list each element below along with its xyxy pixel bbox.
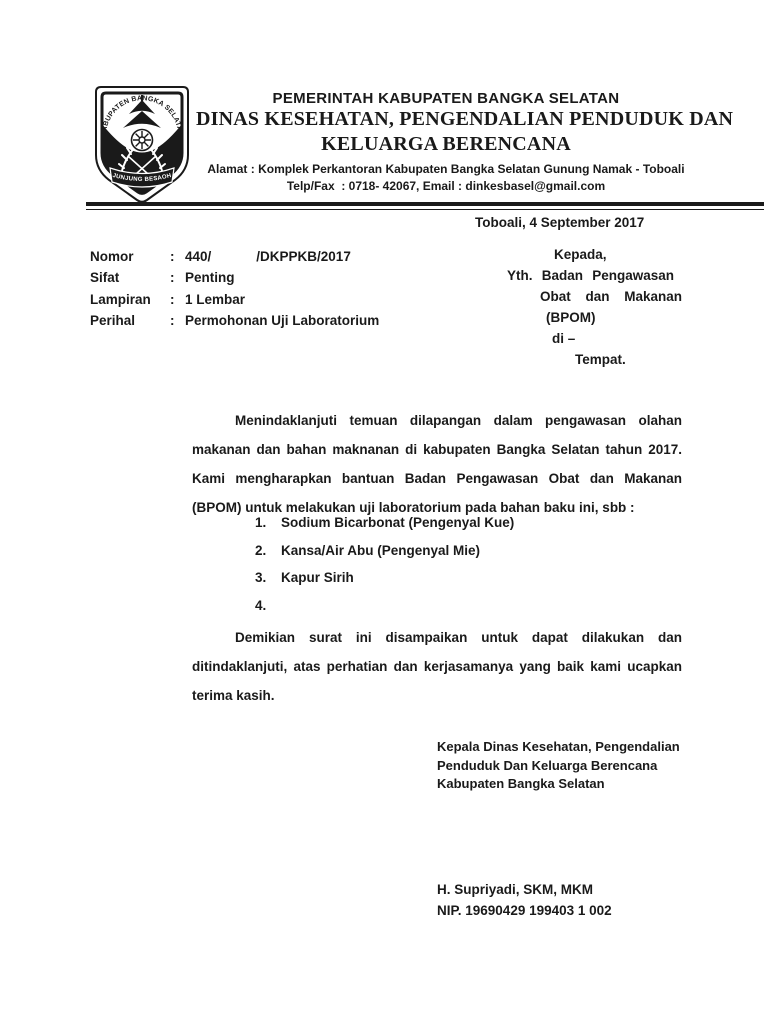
paragraph-line: terima kasih. (192, 681, 682, 710)
contact-line: Telp/Fax : 0718- 42067, Email : dinkesba… (196, 179, 696, 193)
meta-separator: : (170, 310, 185, 331)
meta-label: Lampiran (90, 289, 170, 310)
government-name: PEMERINTAH KABUPATEN BANGKA SELATAN (196, 90, 696, 107)
paragraph-line: Kami mengharapkan bantuan Badan Pengawas… (192, 464, 682, 493)
meta-row-sifat: Sifat : Penting (90, 267, 379, 288)
meta-value: Permohonan Uji Laboratorium (185, 310, 379, 331)
list-item: 3. Kapur Sirih (192, 564, 682, 592)
list-number: 2. (255, 537, 281, 565)
meta-value: 440/ /DKPPKB/2017 (185, 246, 351, 267)
agency-name-line2: KELUARGA BERENCANA (196, 133, 696, 156)
signatory-identity: H. Supriyadi, SKM, MKM NIP. 19690429 199… (437, 880, 612, 921)
meta-value: Penting (185, 267, 235, 288)
meta-row-nomor: Nomor : 440/ /DKPPKB/2017 (90, 246, 379, 267)
recipient-kepada: Kepada, (554, 247, 607, 262)
letterhead-rule-thick (86, 202, 764, 206)
signatory-title-line: Kabupaten Bangka Selatan (437, 775, 697, 794)
paragraph-line: ditindaklanjuti, atas perhatian dan kerj… (192, 652, 682, 681)
meta-separator: : (170, 246, 185, 267)
paragraph-line: Demikian surat ini disampaikan untuk dap… (192, 623, 682, 652)
recipient-line: Obat dan Makanan (540, 289, 682, 304)
list-text: Kapur Sirih (281, 564, 354, 592)
sample-list: 1. Sodium Bicarbonat (Pengenyal Kue) 2. … (192, 509, 682, 619)
meta-value: 1 Lembar (185, 289, 245, 310)
list-text: Sodium Bicarbonat (Pengenyal Kue) (281, 509, 514, 537)
meta-row-perihal: Perihal : Permohonan Uji Laboratorium (90, 310, 379, 331)
recipient-tempat: Tempat. (575, 352, 626, 367)
body-paragraph-2: Demikian surat ini disampaikan untuk dap… (192, 623, 682, 710)
signatory-name: H. Supriyadi, SKM, MKM (437, 880, 612, 901)
meta-separator: : (170, 289, 185, 310)
date-line: Toboali, 4 September 2017 (475, 215, 644, 230)
bangka-selatan-crest-logo: JUNJUNG BESAOH KABUPATEN BANGKA SELATAN (88, 84, 196, 204)
letter-meta: Nomor : 440/ /DKPPKB/2017 Sifat : Pentin… (90, 246, 379, 331)
signatory-title-line: Kepala Dinas Kesehatan, Pengendalian (437, 738, 697, 757)
paragraph-line: makanan dan bahan maknanan di kabupaten … (192, 435, 682, 464)
meta-label: Nomor (90, 246, 170, 267)
paragraph-line: Menindaklanjuti temuan dilapangan dalam … (192, 406, 682, 435)
recipient-di: di – (552, 331, 575, 346)
signatory-title-line: Penduduk Dan Keluarga Berencana (437, 757, 697, 776)
list-item: 1. Sodium Bicarbonat (Pengenyal Kue) (192, 509, 682, 537)
recipient-line: (BPOM) (546, 310, 596, 325)
agency-name-line1: DINAS KESEHATAN, PENGENDALIAN PENDUDUK D… (196, 108, 696, 131)
meta-label: Perihal (90, 310, 170, 331)
list-number: 3. (255, 564, 281, 592)
address-line: Alamat : Komplek Perkantoran Kabupaten B… (196, 162, 696, 176)
list-number: 1. (255, 509, 281, 537)
list-number: 4. (255, 592, 281, 620)
meta-row-lampiran: Lampiran : 1 Lembar (90, 289, 379, 310)
meta-label: Sifat (90, 267, 170, 288)
signatory-title: Kepala Dinas Kesehatan, Pengendalian Pen… (437, 738, 697, 794)
list-item: 4. (192, 592, 682, 620)
letterhead-rule-thin (86, 209, 764, 211)
list-text: Kansa/Air Abu (Pengenyal Mie) (281, 537, 480, 565)
body-paragraph-1: Menindaklanjuti temuan dilapangan dalam … (192, 406, 682, 522)
letter-page: JUNJUNG BESAOH KABUPATEN BANGKA SELATAN … (0, 0, 768, 1024)
recipient-line: Yth. Badan Pengawasan (507, 268, 674, 283)
meta-separator: : (170, 267, 185, 288)
signatory-nip: NIP. 19690429 199403 1 002 (437, 901, 612, 922)
list-item: 2. Kansa/Air Abu (Pengenyal Mie) (192, 537, 682, 565)
flower-center-icon (139, 137, 145, 143)
